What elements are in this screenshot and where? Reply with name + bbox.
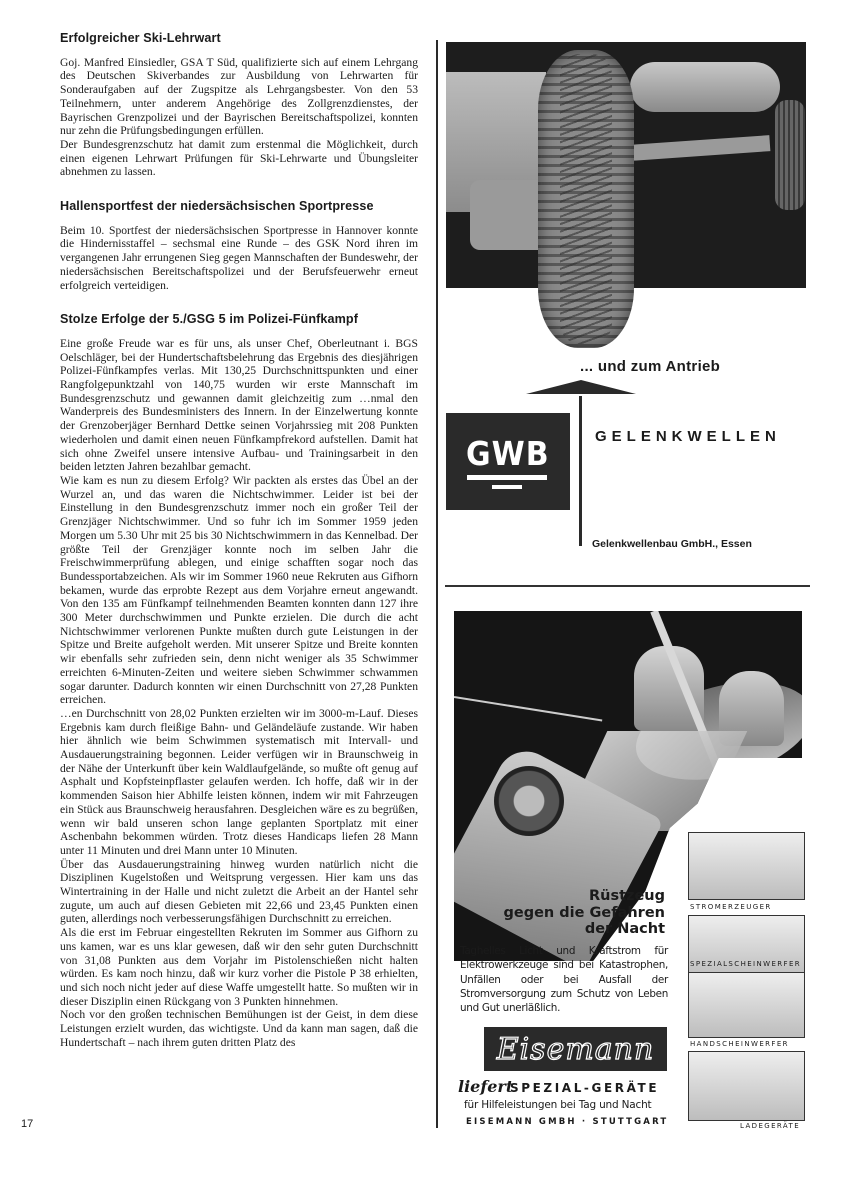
article-paragraph: Beim 10. Sportfest der niedersächsischen…: [60, 224, 418, 293]
gwb-product: GELENKWELLEN: [595, 428, 781, 445]
eisemann-logo: Eisemann: [484, 1027, 667, 1071]
article-paragraph: Als die erst im Februar eingestellten Re…: [60, 926, 418, 1008]
hand-lamp-image: [688, 972, 805, 1038]
article-paragraph: Der Bundesgrenzschutz hat damit zum erst…: [60, 138, 418, 179]
page-number: 17: [21, 1118, 33, 1130]
eisemann-company: EISEMANN GMBH · STUTTGART: [466, 1117, 668, 1127]
article-column: Erfolgreicher Ski-Lehrwart Goj. Manfred …: [60, 32, 418, 1071]
article-title: Stolze Erfolge der 5./GSG 5 im Polizei-F…: [60, 313, 418, 327]
article-ski-lehrwart: Erfolgreicher Ski-Lehrwart Goj. Manfred …: [60, 32, 418, 179]
spotlight-image: [688, 915, 805, 979]
ad-divider: [445, 585, 810, 587]
rope-shape: [454, 696, 602, 721]
product-label: LADEGERÄTE: [740, 1122, 800, 1130]
tire-shape: [538, 50, 634, 348]
gwb-logo-text: GWB: [466, 435, 550, 474]
headline-line: der Nacht: [455, 921, 665, 938]
rear-tire-shape: [775, 100, 805, 210]
charger-image: [688, 1051, 805, 1121]
article-paragraph: Über das Ausdauerungstraining hinweg wur…: [60, 858, 418, 927]
gwb-tagline: ... und zum Antrieb: [580, 358, 720, 375]
article-hallensportfest: Hallensportfest der niedersächsischen Sp…: [60, 200, 418, 292]
car-wheel-shape: [494, 766, 564, 836]
eisemann-headline: Rüstzeug gegen die Gefahren der Nacht: [455, 888, 665, 938]
generator-image: [688, 832, 805, 900]
arrow-up-icon: [526, 380, 636, 394]
headline-line: gegen die Gefahren: [455, 905, 665, 922]
column-divider: [436, 40, 438, 1128]
gwb-company: Gelenkwellenbau GmbH., Essen: [592, 538, 752, 550]
liefert-script: liefert: [458, 1077, 513, 1096]
article-fuenfkampf: Stolze Erfolge der 5./GSG 5 im Polizei-F…: [60, 313, 418, 1049]
article-paragraph: …en Durchschnitt von 28,02 Punkten erzie…: [60, 707, 418, 858]
eisemann-logo-text: Eisemann: [497, 1032, 655, 1067]
article-paragraph: Goj. Manfred Einsiedler, GSA T Süd, qual…: [60, 56, 418, 138]
product-label: HANDSCHEINWERFER: [690, 1040, 789, 1048]
spezial-geraete: SPEZIAL-GERÄTE: [510, 1081, 659, 1095]
logo-bar: [492, 485, 522, 489]
product-label: STROMERZEUGER: [690, 903, 772, 911]
gwb-logo: GWB: [446, 413, 570, 510]
eisemann-subline: für Hilfeleistungen bei Tag und Nacht: [464, 1099, 651, 1111]
differential-shape: [630, 62, 780, 112]
article-paragraph: Wie kam es nun zu diesem Erfolg? Wir pac…: [60, 474, 418, 707]
article-title: Erfolgreicher Ski-Lehrwart: [60, 32, 418, 46]
logo-bar: [467, 475, 547, 480]
article-paragraph: Eine große Freude war es für uns, als un…: [60, 337, 418, 474]
article-paragraph: Noch vor den großen technischen Bemühung…: [60, 1008, 418, 1049]
product-label: SPEZIALSCHEINWERFER: [690, 960, 801, 968]
headline-line: Rüstzeug: [455, 888, 665, 905]
arrow-shaft: [579, 396, 582, 546]
eisemann-body: Taghelles Licht und Kraftstrom für Elekt…: [460, 944, 668, 1015]
article-title: Hallensportfest der niedersächsischen Sp…: [60, 200, 418, 214]
